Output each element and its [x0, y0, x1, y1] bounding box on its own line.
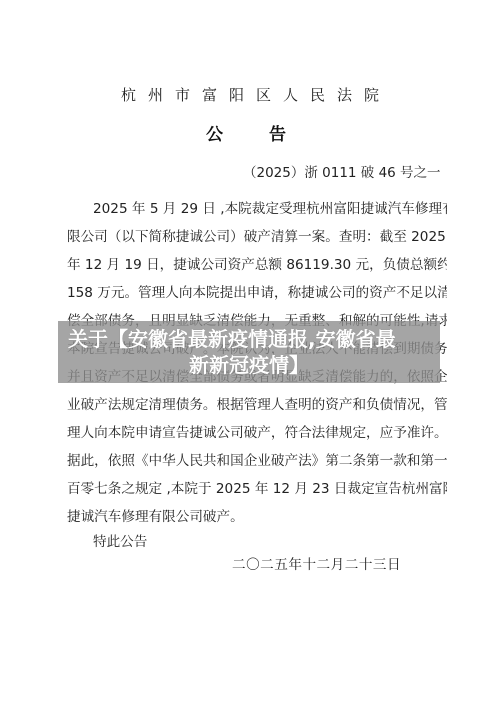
notice-date: 二〇二五年十二月二十三日 — [232, 553, 401, 573]
body-line: 2025 年 5 月 29 日 ,本院裁定受理杭州富阳捷诚汽车修理有 — [67, 195, 447, 223]
body-line: 百零七条之规定 ,本院于 2025 年 12 月 23 日裁定宣告杭州富阳 — [67, 475, 447, 503]
body-line: 158 万元。管理人向本院提出申请，称捷诚公司的资产不足以清 — [67, 279, 447, 307]
title-overlay-text: 关于【安徽省最新疫情通报,安徽省最 新新冠疫情】 — [58, 321, 440, 383]
body-line: 限公司（以下简称捷诚公司）破产清算一案。查明：截至 2025 — [67, 223, 447, 251]
body-line: 捷诚汽车修理有限公司破产。 — [67, 503, 447, 531]
body-line: 年 12 月 19 日，捷诚公司资产总额 86119.30 元，负债总额约 — [67, 251, 447, 279]
body-line: 业破产法规定清理债务。根据管理人查明的资产和负债情况，管 — [67, 391, 447, 419]
case-number: （2025）浙 0111 破 46 号之一 — [243, 161, 441, 181]
body-line: 据此，依照《中华人民共和国企业破产法》第二条第一款和第一 — [67, 447, 447, 475]
overlay-line-1: 关于【安徽省最新疫情通报,安徽省最 — [68, 326, 440, 352]
body-line: 理人向本院申请宣告捷诚公司破产，符合法律规定，应予准许。 — [67, 419, 447, 447]
closing-text: 特此公告 — [93, 530, 147, 550]
overlay-line-2: 新新冠疫情】 — [58, 352, 440, 378]
court-name: 杭州市富阳区人民法院 — [0, 84, 500, 105]
notice-title: 公告 — [206, 120, 332, 145]
